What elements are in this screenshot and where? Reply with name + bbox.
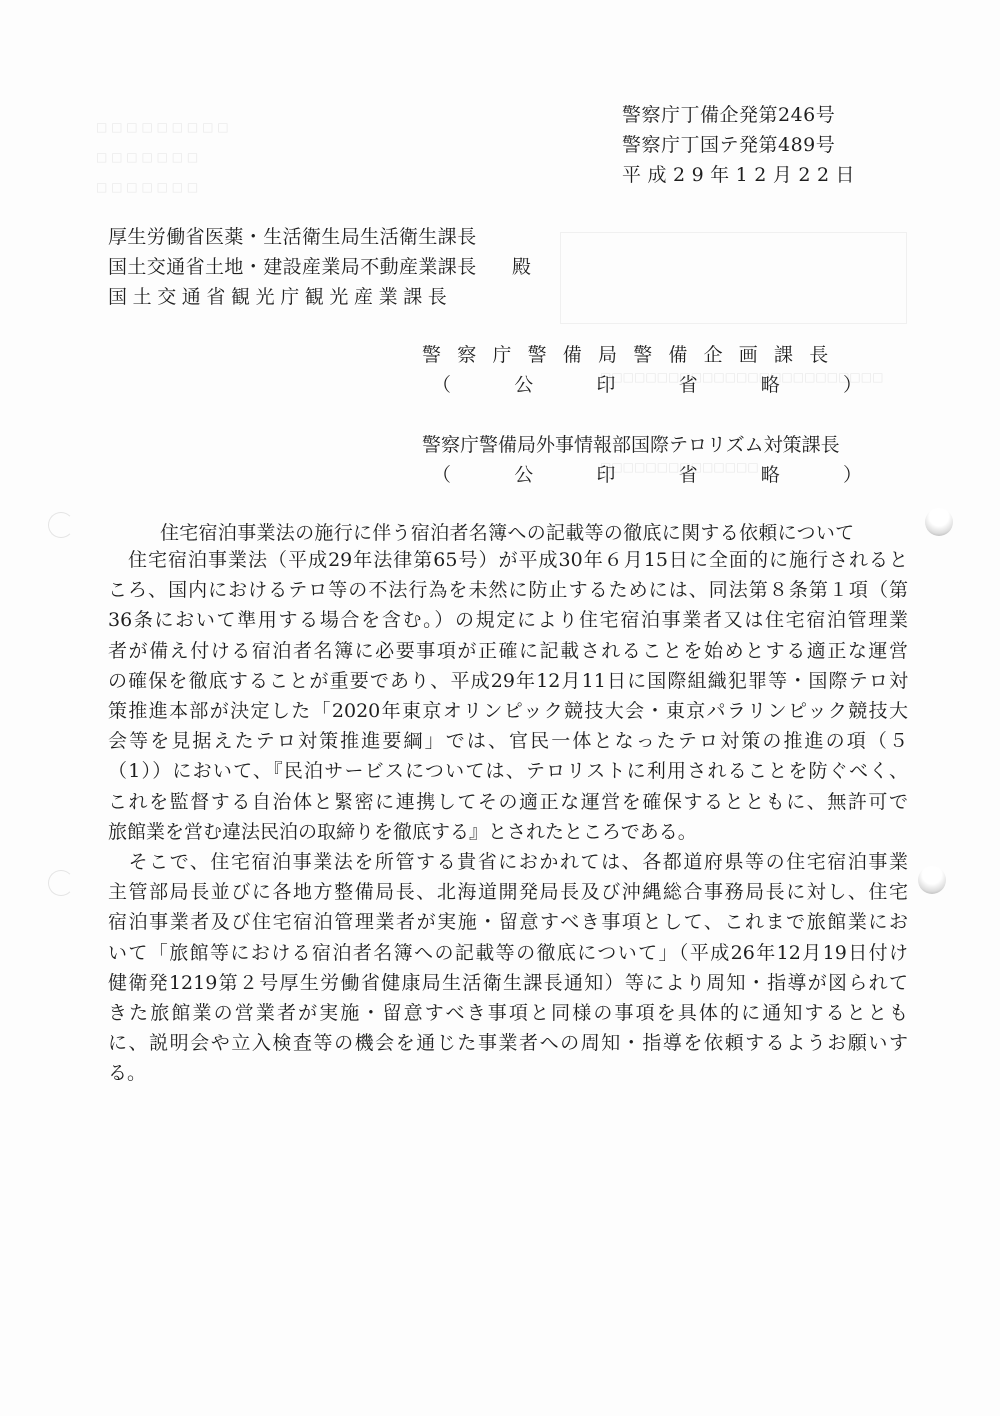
body-line: 主管部局長並びに各地方整備局長、北海道開発局長及び沖縄総合事務局長に対し、住宅 bbox=[108, 877, 908, 907]
punch-hole bbox=[918, 866, 946, 894]
seal-note-char: 公 bbox=[514, 460, 533, 487]
body-line: 策推進本部が決定した「2020年東京オリンピック競技大会・東京パラリンピック競技… bbox=[108, 696, 908, 726]
seal-note-char: （ bbox=[432, 370, 451, 397]
body-paragraph: 住宅宿泊事業法（平成29年法律第65号）が平成30年６月15日に全面的に施行され… bbox=[108, 545, 908, 847]
punch-hole bbox=[48, 512, 74, 538]
seal-note-char: 省 bbox=[679, 460, 698, 487]
punch-hole bbox=[48, 870, 74, 896]
seal-note-char: （ bbox=[432, 460, 451, 487]
seal-note-char: 省 bbox=[679, 370, 698, 397]
subject-title: 住宅宿泊事業法の施行に伴う宿泊者名簿への記載等の徹底に関する依頼について bbox=[160, 518, 854, 545]
body-line: の確保を徹底することが重要であり、平成29年12月11日に国際組織犯罪等・国際テ… bbox=[108, 666, 908, 696]
doc-number: 警察庁丁備企発第246号 bbox=[622, 100, 835, 127]
seal-note-char: 印 bbox=[596, 370, 615, 397]
body-line: 健衛発1219第２号厚生労働省健康局生活衛生課長通知）等により周知・指導が図られ… bbox=[108, 968, 908, 998]
doc-date: 平成29年12月22日 bbox=[622, 160, 861, 187]
addressee: 国土交通省観光庁観光産業課長 bbox=[108, 282, 452, 309]
seal-note-char: 略 bbox=[761, 370, 780, 397]
addressee: 国土交通省土地・建設産業局不動産業課長 bbox=[108, 252, 477, 279]
sender-title: 警察庁警備局警備企画課長 bbox=[422, 340, 844, 367]
seal-note-char: ） bbox=[843, 460, 862, 487]
body-line: に、説明会や立入検査等の機会を通じた事業者への周知・指導を依頼するようお願いす bbox=[108, 1028, 908, 1058]
body-line: 住宅宿泊事業法（平成29年法律第65号）が平成30年６月15日に全面的に施行され… bbox=[108, 545, 908, 575]
body-paragraph: そこで、住宅宿泊事業法を所管する貴省におかれては、各都道府県等の住宅宿泊事業 主… bbox=[108, 847, 908, 1089]
body-line: いて「旅館等における宿泊者名簿への記載等の徹底について」（平成26年12月19日… bbox=[108, 938, 908, 968]
seal-note-char: 公 bbox=[514, 370, 533, 397]
sender-title: 警察庁警備局外事情報部国際テロリズム対策課長 bbox=[422, 430, 840, 457]
body-line: ころ、国内におけるテロ等の不法行為を未然に防止するためには、同法第８条第１項（第 bbox=[108, 575, 908, 605]
seal-note-char: 印 bbox=[596, 460, 615, 487]
doc-number: 警察庁丁国テ発第489号 bbox=[622, 130, 835, 157]
body-line: る。 bbox=[108, 1058, 908, 1088]
seal-omitted-note: （ 公 印 省 略 ） bbox=[432, 370, 862, 397]
body-line: そこで、住宅宿泊事業法を所管する貴省におかれては、各都道府県等の住宅宿泊事業 bbox=[108, 847, 908, 877]
bleed-through-text: □ □ □ □ □ □ □ □ □ bbox=[96, 120, 229, 134]
body-line: 会等を見据えたテロ対策推進要綱」では、官民一体となったテロ対策の推進の項（５ bbox=[108, 726, 908, 756]
seal-note-char: ） bbox=[843, 370, 862, 397]
body-line: 36条において準用する場合を含む。）の規定により住宅宿泊事業者又は住宅宿泊管理業 bbox=[108, 605, 908, 635]
seal-note-char: 略 bbox=[761, 460, 780, 487]
addressee: 厚生労働省医薬・生活衛生局生活衛生課長 bbox=[108, 222, 477, 249]
body-line: 者が備え付ける宿泊者名簿に必要事項が正確に記載されることを始めとする適正な運営 bbox=[108, 636, 908, 666]
body-line: これを監督する自治体と緊密に連携してその適正な運営を確保するとともに、無許可で bbox=[108, 787, 908, 817]
punch-hole bbox=[925, 508, 953, 536]
bleed-through-box bbox=[560, 232, 907, 324]
body-line: 旅館業を営む違法民泊の取締りを徹底する』とされたところである。 bbox=[108, 817, 908, 847]
bleed-through-text: □ □ □ □ □ □ □ bbox=[96, 150, 198, 164]
honorific: 殿 bbox=[512, 252, 531, 279]
bleed-through-text: □ □ □ □ □ □ □ bbox=[96, 180, 198, 194]
body-line: （1））において、『民泊サービスについては、テロリストに利用されることを防ぐべく… bbox=[108, 756, 908, 786]
body-line: きた旅館業の営業者が実施・留意すべき事項と同様の事項を具体的に通知するととも bbox=[108, 998, 908, 1028]
body-line: 宿泊事業者及び住宅宿泊管理業者が実施・留意すべき事項として、これまで旅館業にお bbox=[108, 907, 908, 937]
seal-omitted-note: （ 公 印 省 略 ） bbox=[432, 460, 862, 487]
